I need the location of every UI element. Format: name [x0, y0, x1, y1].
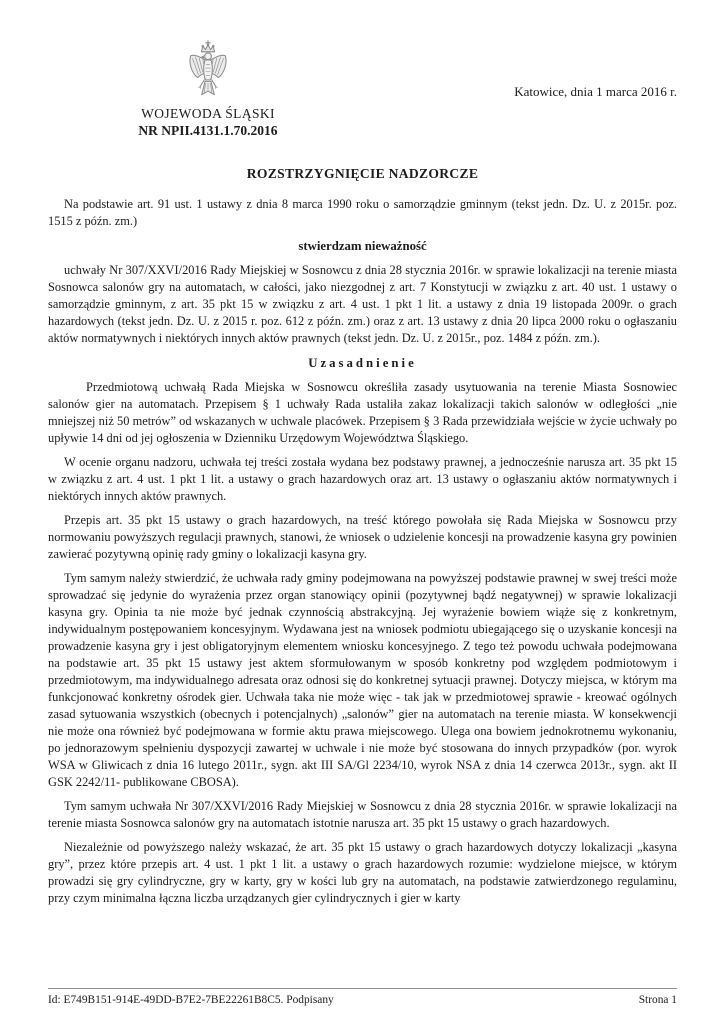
- subject-paragraph: uchwały Nr 307/XXVI/2016 Rady Miejskiej …: [48, 262, 677, 347]
- place-and-date: Katowice, dnia 1 marca 2016 r.: [514, 84, 677, 100]
- document-body: Na podstawie art. 91 ust. 1 ustawy z dni…: [48, 196, 677, 907]
- justification-paragraphs: Przedmiotową uchwałą Rada Miejska w Sosn…: [48, 379, 677, 907]
- page-number: Strona 1: [639, 994, 677, 1006]
- declaration-heading: stwierdzam nieważność: [48, 238, 677, 255]
- polish-eagle-emblem-icon: [185, 40, 231, 102]
- document-id: Id: E749B151-914E-49DD-B7E2-7BE22261B8C5…: [48, 994, 334, 1006]
- body-paragraph: Przedmiotową uchwałą Rada Miejska w Sosn…: [48, 379, 677, 447]
- body-paragraph: Tym samym uchwała Nr 307/XXVI/2016 Rady …: [48, 798, 677, 832]
- issuer-block: WOJEWODA ŚLĄSKI NR NPII.4131.1.70.2016: [48, 40, 368, 139]
- page-footer: Id: E749B151-914E-49DD-B7E2-7BE22261B8C5…: [48, 988, 677, 1006]
- body-paragraph: Tym samym należy stwierdzić, że uchwała …: [48, 570, 677, 791]
- justification-heading: Uzasadnienie: [48, 355, 677, 372]
- document-title: ROZSTRZYGNIĘCIE NADZORCZE: [48, 166, 677, 182]
- document-page: WOJEWODA ŚLĄSKI NR NPII.4131.1.70.2016 K…: [0, 0, 725, 1024]
- case-number: NR NPII.4131.1.70.2016: [48, 122, 368, 139]
- document-header: WOJEWODA ŚLĄSKI NR NPII.4131.1.70.2016 K…: [48, 40, 677, 146]
- authority-name: WOJEWODA ŚLĄSKI: [48, 106, 368, 122]
- body-paragraph: W ocenie organu nadzoru, uchwała tej tre…: [48, 454, 677, 505]
- body-paragraph: Niezależnie od powyższego należy wskazać…: [48, 839, 677, 907]
- body-paragraph: Przepis art. 35 pkt 15 ustawy o grach ha…: [48, 512, 677, 563]
- legal-basis-paragraph: Na podstawie art. 91 ust. 1 ustawy z dni…: [48, 196, 677, 230]
